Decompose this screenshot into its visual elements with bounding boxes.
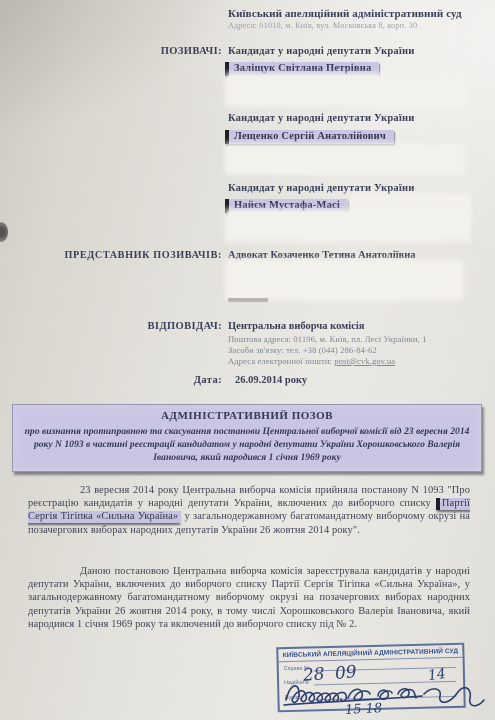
claim-title-box: АДМІНІСТРАТИВНИЙ ПОЗОВ про визнання прот… [12, 404, 482, 472]
body-paragraph-1: 23 вересня 2014 року Центральна виборча … [28, 484, 470, 537]
representative-name: Адвокат Козаченко Тетяна Анатоліївна [228, 250, 478, 261]
plaintiff-name: Найєм Мустафа-Масі [225, 199, 348, 213]
plaintiff-name-highlight: Лещенко Сергій Анатолійович [225, 126, 394, 144]
plaintiff-name: Лещенко Сергій Анатолійович [225, 130, 394, 144]
plaintiff-role: Кандидат у народні депутати України [228, 46, 478, 57]
plaintiff-role: Кандидат у народні депутати України [228, 183, 478, 194]
defendant-name: Центральна виборча комісія [228, 321, 488, 332]
smudge-mark [228, 298, 268, 301]
redaction-box [352, 197, 468, 210]
defendant-email-label: Адреса електронної пошти: [228, 356, 334, 366]
date-value: 26.09.2014 року [235, 375, 435, 386]
redaction-box [228, 212, 468, 239]
handwritten-signature [282, 678, 487, 714]
claim-title: АДМІНІСТРАТИВНИЙ ПОЗОВ [20, 410, 474, 422]
court-name: Київський апеляційний адміністративний с… [228, 8, 492, 20]
defendant-email-link[interactable]: post@cvk.gov.ua [334, 356, 395, 366]
paragraph1-pre: 23 вересня 2014 року Центральна виборча … [28, 485, 470, 509]
defendant-phone: Засоби зв'язку: тел. +38 (044) 286-84-62 [228, 345, 488, 356]
plaintiff-name: Заліщук Світлана Петрівна [225, 62, 379, 76]
defendant-email-line: Адреса електронної пошти: post@cvk.gov.u… [228, 356, 488, 367]
plaintiff-name-highlight: Найєм Мустафа-Масі [225, 195, 348, 213]
redaction-box [228, 262, 460, 298]
stamp-court-name: КИЇВСЬКИЙ АПЕЛЯЦІЙНИЙ АДМІНІСТРАТИВНИЙ С… [278, 645, 462, 662]
redaction-box [228, 146, 462, 172]
document-page: Київський апеляційний адміністративний с… [0, 0, 495, 720]
date-label: Дата: [140, 375, 222, 386]
representative-label: ПРЕДСТАВНИК ПОЗИВАЧІВ: [30, 250, 222, 261]
hole-punch-mark [0, 222, 8, 242]
defendant-postal-address: Поштова адреса: 01196, м. Київ, пл. Лесі… [228, 334, 488, 345]
plaintiff-role: Кандидат у народні депутати України [228, 113, 478, 124]
defendant-label: ВІДПОВІДАЧ: [100, 321, 222, 332]
plaintiffs-label: ПОЗИВАЧІ: [100, 46, 222, 57]
claim-subtitle: про визнання протиправною та скасування … [20, 425, 474, 464]
plaintiff-name-highlight: Заліщук Світлана Петрівна [225, 58, 379, 76]
redaction-box [228, 76, 466, 104]
body-paragraph-2: Даною постановою Центральна виборча комі… [28, 565, 470, 631]
court-address: Адреса: 01010, м. Київ, вул. Московська … [228, 21, 492, 30]
